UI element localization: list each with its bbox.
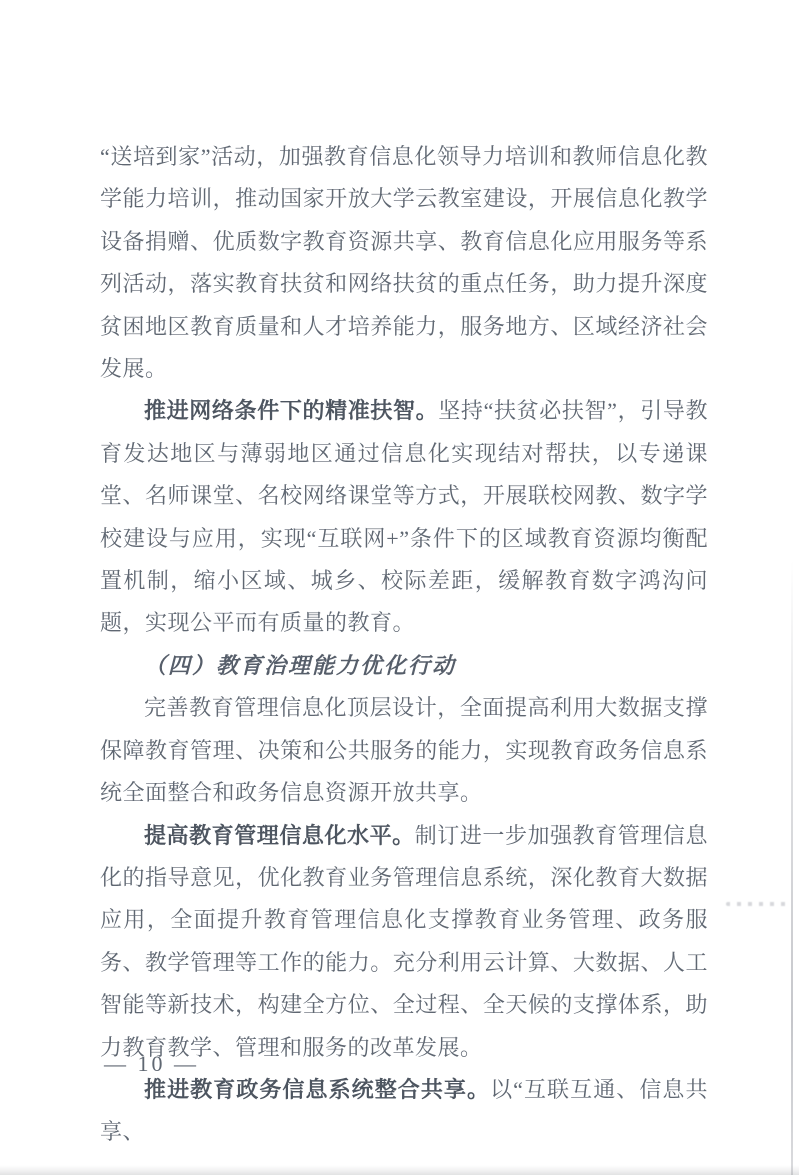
paragraph-text: 完善教育管理信息化顶层设计，全面提高利用大数据支撑保障教育管理、决策和公共服务的… [100,695,708,805]
section-heading: （四）教育治理能力优化行动 [100,645,708,687]
paragraph-lead-bold: 提高教育管理信息化水平。 [144,823,415,848]
scan-artifact-vertical-line [791,560,793,1175]
paragraph: 完善教育管理信息化顶层设计，全面提高利用大数据支撑保障教育管理、决策和公共服务的… [100,687,708,814]
scan-artifact-smudge [726,902,792,906]
paragraph: 推进教育政务信息系统整合共享。以“互联互通、信息共享、 [100,1069,708,1154]
paragraph-lead-bold: 推进网络条件下的精准扶智。 [144,398,438,423]
scanned-document-page: “送培到家”活动，加强教育信息化领导力培训和教师信息化教学能力培训，推动国家开放… [0,0,799,1175]
paragraph: 提高教育管理信息化水平。制订进一步加强教育管理信息化的指导意见，优化教育业务管理… [100,815,708,1069]
paragraph-lead-bold: 推进教育政务信息系统整合共享。 [144,1077,490,1102]
paragraph-text: 制订进一步加强教育管理信息化的指导意见，优化教育业务管理信息系统，深化教育大数据… [100,823,708,1060]
scan-artifact-bottom-shadow [0,1165,799,1175]
document-content: “送培到家”活动，加强教育信息化领导力培训和教师信息化教学能力培训，推动国家开放… [100,136,708,1154]
page-number: — 10 — [104,1049,199,1079]
paragraph-text: 坚持“扶贫必扶智”，引导教育发达地区与薄弱地区通过信息化实现结对帮扶，以专递课堂… [100,398,708,635]
paragraph: 推进网络条件下的精准扶智。坚持“扶贫必扶智”，引导教育发达地区与薄弱地区通过信息… [100,390,708,644]
paragraph-text: “送培到家”活动，加强教育信息化领导力培训和教师信息化教学能力培训，推动国家开放… [100,144,708,381]
paragraph: “送培到家”活动，加强教育信息化领导力培训和教师信息化教学能力培训，推动国家开放… [100,136,708,390]
